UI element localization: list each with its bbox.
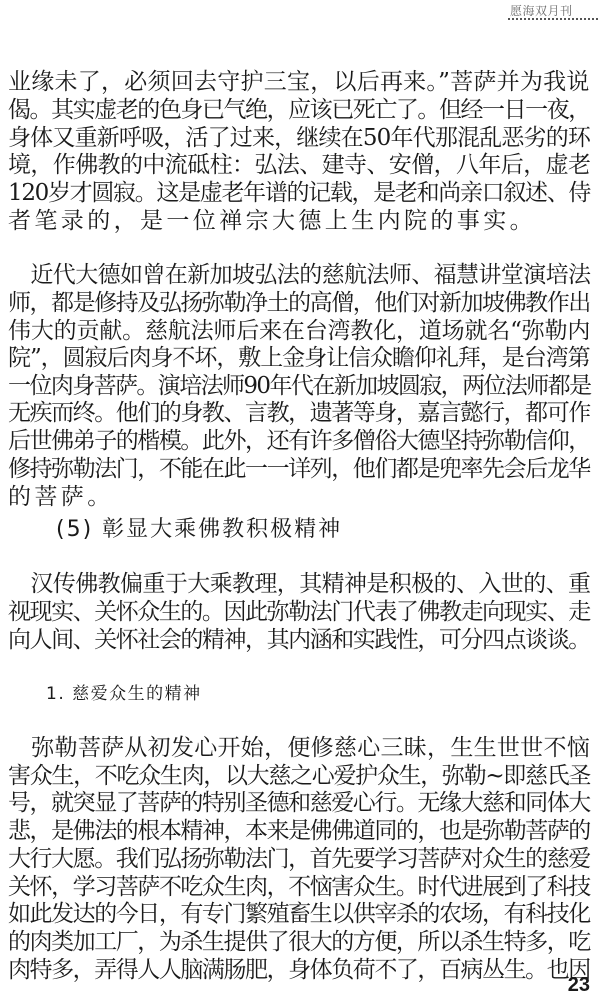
text-line: 境，作佛教的中流砥柱：弘法、建寺、安僧，八年后，虚老 — [8, 151, 590, 179]
text-line: 伟大的贡献。慈航法师后来在台湾教化，道场就名“弥勒内 — [8, 317, 590, 345]
text-line: 视现实、关怀众生的。因此弥勒法门代表了佛教走向现实、走 — [8, 598, 590, 626]
text-line: 悲，是佛法的根本精神，本来是佛佛道同的，也是弥勒菩萨的 — [8, 817, 590, 845]
text-line: 肉特多，弄得人人脑满肠肥，身体负荷不了，百病丛生。也因 — [8, 956, 590, 984]
text-line: 如此发达的今日，有专门繁殖畜生以供宰杀的农场，有科技化 — [8, 900, 590, 928]
text-line: 关怀，学习菩萨不吃众生肉，不恼害众生。时代进展到了科技 — [8, 873, 590, 901]
text-line: 院”，圆寂后肉身不坏，敷上金身让信众瞻仰礼拜，是台湾第 — [8, 344, 590, 372]
text-line: 弥勒菩萨从初发心开始，便修慈心三昧，生生世世不恼 — [8, 734, 590, 762]
publication-title: 愿海双月刊 — [510, 2, 573, 19]
header-dotted-rule — [508, 18, 598, 20]
text-line: 后世佛弟子的楷模。此外，还有许多僧俗大德坚持弥勒信仰， — [8, 427, 590, 455]
section-heading: (5) 彰显大乘佛教积极精神 — [56, 516, 342, 544]
text-line: 近代大德如曾在新加坡弘法的慈航法师、福慧讲堂演培法 — [8, 261, 590, 289]
text-line: 者笔录的，是一位禅宗大德上生内院的事实。 — [8, 207, 590, 235]
running-header: 愿海双月刊 — [508, 2, 598, 20]
text-line: 修持弥勒法门，不能在此一一详列，他们都是兜率先会后龙华 — [8, 455, 590, 483]
subsection-heading: 1. 慈爱众生的精神 — [46, 682, 202, 706]
text-line: 的菩萨。 — [8, 483, 590, 511]
text-line: 的肉类加工厂，为杀生提供了很大的方便，所以杀生特多，吃 — [8, 928, 590, 956]
text-line: 偈。其实虚老的色身已气绝，应该已死亡了。但经一日一夜， — [8, 96, 590, 124]
text-line: 业缘未了，必须回去守护三宝，以后再来。”菩萨并为我说 — [8, 68, 590, 96]
text-line: 向人间、关怀社会的精神，其内涵和实践性，可分四点谈谈。 — [8, 626, 590, 654]
text-line: 120岁才圆寂。这是虚老年谱的记载，是老和尚亲口叙述、侍 — [8, 179, 590, 207]
text-line: 师，都是修持及弘扬弥勒净土的高僧，他们对新加坡佛教作出 — [8, 289, 590, 317]
text-line: 大行大愿。我们弘扬弥勒法门，首先要学习菩萨对众生的慈爱 — [8, 845, 590, 873]
text-line: 身体又重新呼吸，活了过来，继续在50年代那混乱恶劣的环 — [8, 124, 590, 152]
text-line: 号，就突显了菩萨的特别圣德和慈爱心行。无缘大慈和同体大 — [8, 789, 590, 817]
text-line: 汉传佛教偏重于大乘教理，其精神是积极的、入世的、重 — [8, 570, 590, 598]
text-line: 害众生，不吃众生肉，以大慈之心爱护众生，弥勒~即慈氏圣 — [8, 762, 590, 790]
page-number: 23 — [568, 974, 590, 997]
text-line: 无疾而终。他们的身教、言教，遗著等身，嘉言懿行，都可作 — [8, 399, 590, 427]
text-line: 一位肉身菩萨。演培法师90年代在新加坡圆寂，两位法师都是 — [8, 372, 590, 400]
